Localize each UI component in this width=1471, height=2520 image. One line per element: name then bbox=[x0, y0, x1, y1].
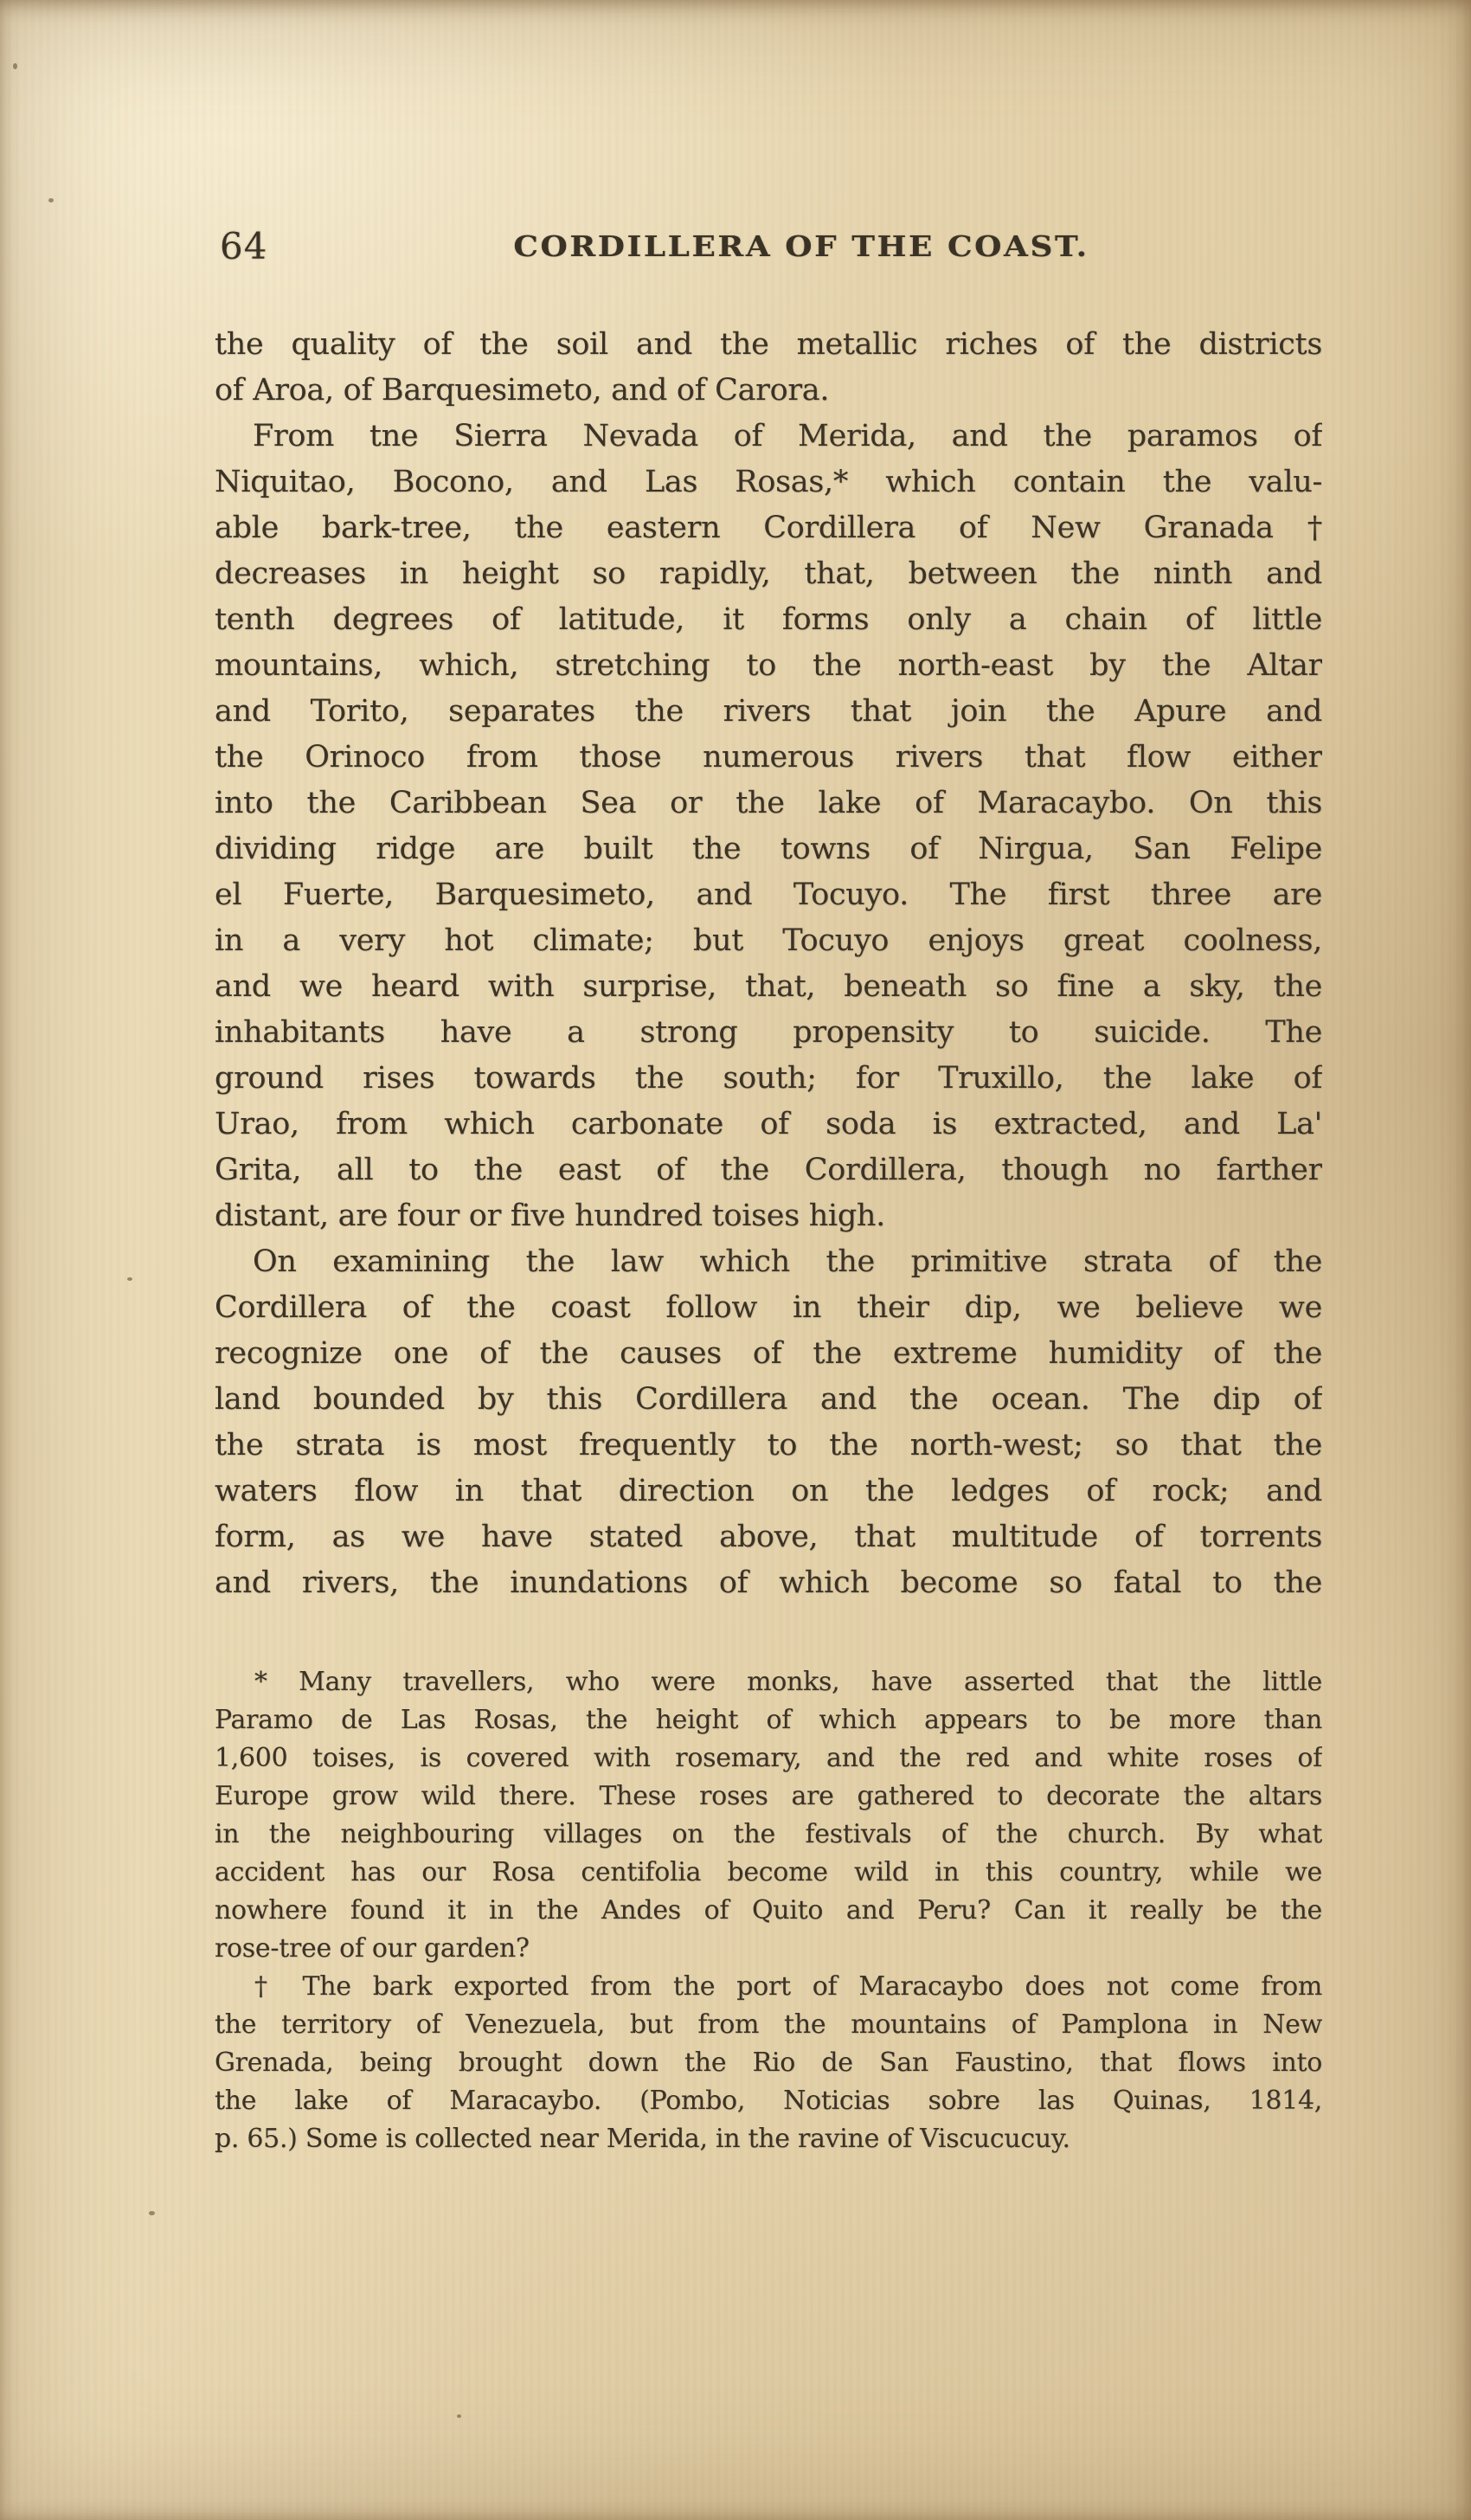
footnote-dagger-line: p. 65.) Some is collected near Merida, i… bbox=[215, 2120, 1322, 2158]
footnote-star-line: rose-tree of our garden? bbox=[215, 1930, 1322, 1968]
paper-speck bbox=[127, 1277, 132, 1281]
running-header-title: CORDILLERA OF THE COAST. bbox=[247, 225, 1355, 268]
paper-speck bbox=[457, 2414, 461, 2418]
body-line: mountains, which, stretching to the nort… bbox=[215, 643, 1322, 689]
footnote-star-line: nowhere found it in the Andes of Quito a… bbox=[215, 1892, 1322, 1930]
body-line: Cordillera of the coast follow in their … bbox=[215, 1285, 1322, 1331]
body-line: tenth degrees of latitude, it forms only… bbox=[215, 597, 1322, 643]
footnotes: * Many travellers, who were monks, have … bbox=[215, 1663, 1322, 2158]
body-line: recognize one of the causes of the extre… bbox=[215, 1331, 1322, 1377]
body-line: the quality of the soil and the metallic… bbox=[215, 322, 1322, 368]
footnote-star-line: * Many travellers, who were monks, have … bbox=[215, 1663, 1322, 1701]
footnote-dagger-line: the lake of Maracaybo. (Pombo, Noticias … bbox=[215, 2082, 1322, 2120]
footnote-dagger-line: Grenada, being brought down the Rio de S… bbox=[215, 2044, 1322, 2082]
footnote-dagger-line: † The bark exported from the port of Mar… bbox=[215, 1968, 1322, 2006]
body-line: el Fuerte, Barquesimeto, and Tocuyo. The… bbox=[215, 872, 1322, 918]
footnote-star-line: 1,600 toises, is covered with rosemary, … bbox=[215, 1739, 1322, 1777]
body-line: and Torito, separates the rivers that jo… bbox=[215, 689, 1322, 735]
body-line: land bounded by this Cordillera and the … bbox=[215, 1377, 1322, 1423]
body-line: waters flow in that direction on the led… bbox=[215, 1469, 1322, 1514]
body-line: Grita, all to the east of the Cordillera… bbox=[215, 1147, 1322, 1193]
footnote-star-line: Europe grow wild there. These roses are … bbox=[215, 1777, 1322, 1816]
paper-speck bbox=[149, 2211, 155, 2215]
body-line: decreases in height so rapidly, that, be… bbox=[215, 551, 1322, 597]
body-line: Urao, from which carbonate of soda is ex… bbox=[215, 1102, 1322, 1147]
paper-speck bbox=[13, 63, 17, 69]
scanned-page: 64 CORDILLERA OF THE COAST. the quality … bbox=[0, 0, 1471, 2520]
body-line: the strata is most frequently to the nor… bbox=[215, 1423, 1322, 1469]
body-line: in a very hot climate; but Tocuyo enjoys… bbox=[215, 918, 1322, 964]
footnote-dagger-line: the territory of Venezuela, but from the… bbox=[215, 2006, 1322, 2044]
body-line: dividing ridge are built the towns of Ni… bbox=[215, 826, 1322, 872]
body-line: ground rises towards the south; for Trux… bbox=[215, 1056, 1322, 1102]
body-text: the quality of the soil and the metallic… bbox=[215, 322, 1322, 1606]
paper-speck bbox=[48, 198, 54, 202]
body-line: Niquitao, Bocono, and Las Rosas,* which … bbox=[215, 460, 1322, 505]
body-line: the Orinoco from those numerous rivers t… bbox=[215, 735, 1322, 781]
footnote-star-line: accident has our Rosa centifolia become … bbox=[215, 1854, 1322, 1892]
body-line: From tne Sierra Nevada of Merida, and th… bbox=[215, 414, 1322, 460]
body-line: inhabitants have a strong propensity to … bbox=[215, 1010, 1322, 1056]
footnote-star-line: Paramo de Las Rosas, the height of which… bbox=[215, 1701, 1322, 1739]
body-line: of Aroa, of Barquesimeto, and of Carora. bbox=[215, 368, 1322, 414]
body-line: and rivers, the inundations of which bec… bbox=[215, 1560, 1322, 1606]
body-line: able bark-tree, the eastern Cordillera o… bbox=[215, 505, 1322, 551]
body-line: into the Caribbean Sea or the lake of Ma… bbox=[215, 781, 1322, 826]
body-line: and we heard with surprise, that, beneat… bbox=[215, 964, 1322, 1010]
footnote-star-line: in the neighbouring villages on the fest… bbox=[215, 1816, 1322, 1854]
body-line: distant, are four or five hundred toises… bbox=[215, 1193, 1322, 1239]
body-line: form, as we have stated above, that mult… bbox=[215, 1514, 1322, 1560]
running-header: 64 CORDILLERA OF THE COAST. bbox=[215, 223, 1322, 270]
body-line: On examining the law which the primitive… bbox=[215, 1239, 1322, 1285]
